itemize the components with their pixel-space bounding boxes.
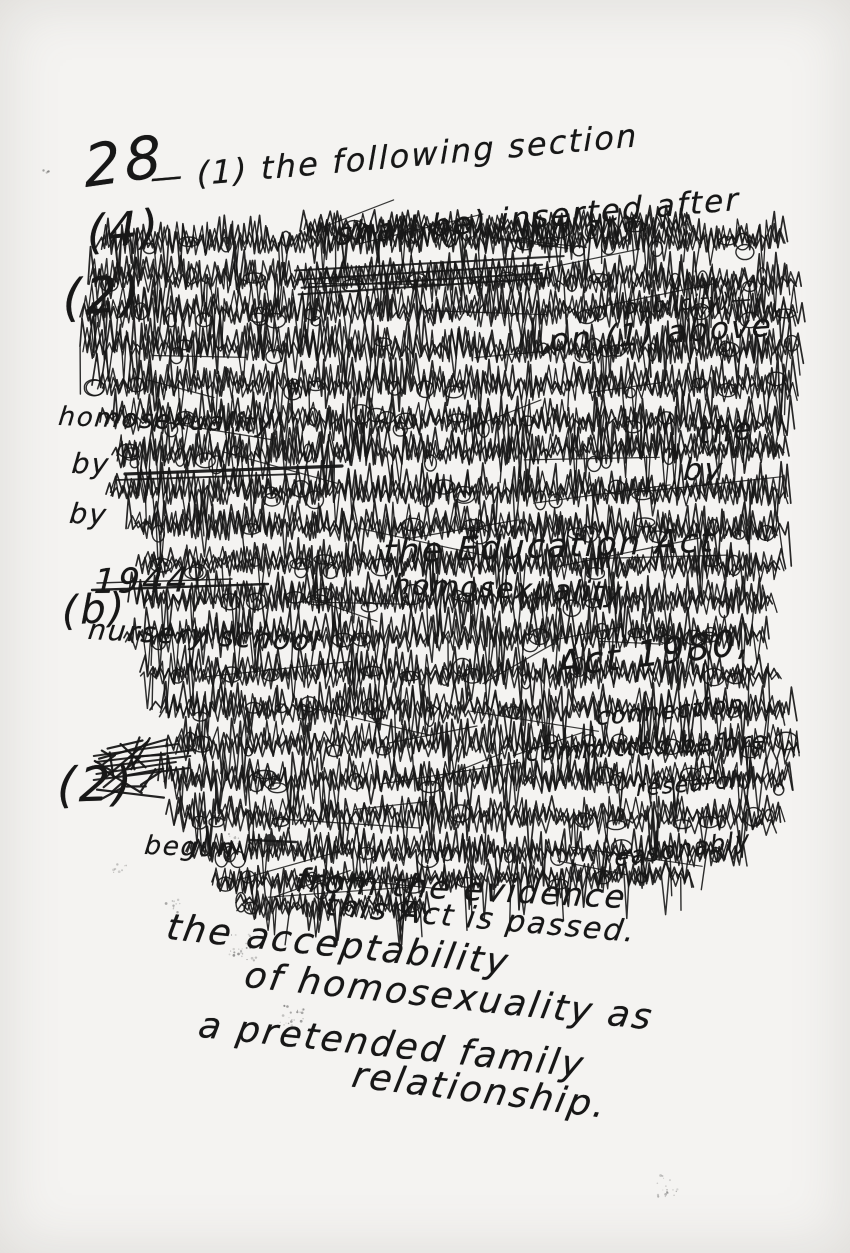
scrawl-ink-layer	[0, 0, 850, 1253]
handwritten-page: 28— (1) the following section(4)shall be…	[0, 0, 850, 1253]
